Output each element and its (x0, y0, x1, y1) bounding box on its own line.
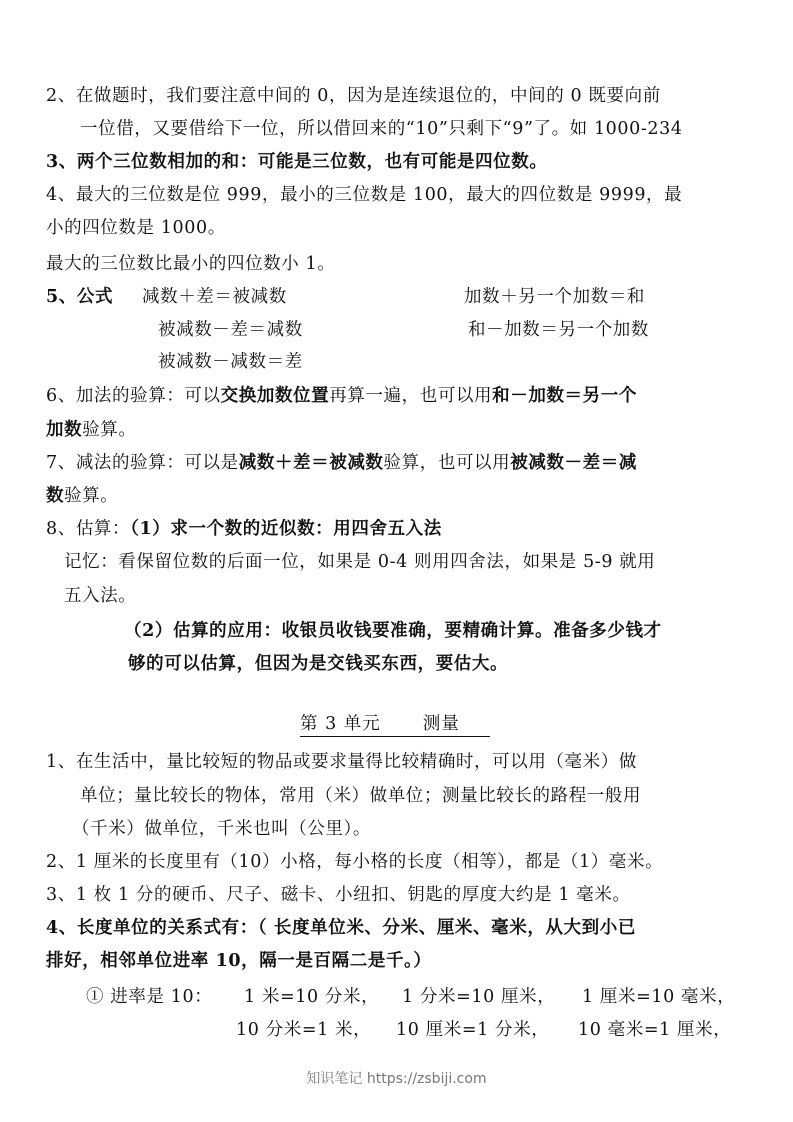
item-8-memo-line-1: 记忆：看保留位数的后面一位，如果是 0-4 则用四舍法，如果是 5-9 就用 (64, 550, 655, 574)
emphasis: 加数 (46, 420, 82, 440)
item-8-app-line-2: 够的可以估算，但因为是交钱买东西，要估大。 (128, 652, 508, 676)
formula-left-1: 减数＋差＝被减数 (142, 285, 287, 309)
item-7-line-2: 数验算。 (46, 484, 118, 508)
text: 再算一遍，也可以用 (329, 386, 492, 406)
text: 验算。 (82, 420, 136, 440)
formula-right-2: 和－加数＝另一个加数 (468, 318, 649, 342)
item-8-app-line-1: （2）估算的应用：收银员收钱要准确，要精确计算。准备多少钱才 (124, 619, 662, 643)
item-4-line-1: 4、最大的三位数是位 999，最小的三位数是 100，最大的四位数是 9999，… (46, 183, 682, 207)
unit3-item-4-line-2: 排好，相邻单位进率 10，隔一是百隔二是千。） (46, 949, 432, 973)
item-4-line-2: 小的四位数是 1000。 (46, 216, 226, 240)
item-3: 3、两个三位数相加的和：可能是三位数，也有可能是四位数。 (46, 150, 547, 174)
footer-watermark: 知识笔记 https://zsbiji.com (0, 1068, 793, 1088)
text: 7、减法的验算：可以是 (46, 453, 239, 473)
emphasis: 数 (46, 486, 64, 506)
emphasis: 交换加数位置 (221, 386, 330, 406)
unit3-item-3: 3、1 枚 1 分的硬币、尺子、磁卡、小纽扣、钥匙的厚度大约是 1 毫米。 (46, 883, 631, 907)
item-6-line-2: 加数验算。 (46, 418, 137, 442)
unit3-item-1-line-2: 单位；量比较长的物体，常用（米）做单位；测量比较长的路程一般用 (80, 784, 641, 808)
unit-label: 第 3 单元 (300, 714, 381, 734)
unit3-item-1-line-3: （千米）做单位，千米也叫（公里）。 (72, 817, 371, 841)
rate-row2-c: 10 毫米=1 厘米， (578, 1018, 731, 1042)
emphasis: （1）求一个数的近似数：用四舍五入法 (130, 519, 442, 539)
text: 验算，也可以用 (384, 453, 511, 473)
item-5-label: 5、公式 (46, 285, 113, 309)
rate-row2-a: 10 分米=1 米， (236, 1018, 371, 1042)
emphasis: 和－加数＝另一个 (492, 386, 637, 406)
text: 验算。 (64, 486, 118, 506)
item-2-line-1: 2、在做题时，我们要注意中间的 0，因为是连续退位的，中间的 0 既要向前 (46, 84, 661, 108)
unit-topic: 测量 (423, 714, 460, 734)
text: 8、估算： (46, 519, 130, 539)
rate-row1-c: 1 厘米=10 毫米， (582, 985, 735, 1009)
rate-row1-a: 1 米=10 分米， (244, 985, 379, 1009)
emphasis: 减数＋差＝被减数 (239, 453, 384, 473)
text: 6、加法的验算：可以 (46, 386, 221, 406)
item-7-line-1: 7、减法的验算：可以是减数＋差＝被减数验算，也可以用被减数－差＝减 (46, 451, 637, 475)
emphasis: 被减数－差＝减 (510, 453, 637, 473)
unit-3-title: 第 3 单元测量 (300, 712, 490, 737)
formula-right-1: 加数＋另一个加数＝和 (464, 285, 645, 309)
item-4-line-3: 最大的三位数比最小的四位数小 1。 (46, 252, 335, 276)
formula-left-3: 被减数－减数＝差 (158, 350, 303, 374)
unit3-item-2: 2、1 厘米的长度里有（10）小格，每小格的长度（相等），都是（1）毫米。 (46, 850, 663, 874)
rate-label: ① 进率是 10： (86, 985, 212, 1009)
formula-left-2: 被减数－差＝减数 (158, 318, 303, 342)
rate-row1-b: 1 分米=10 厘米， (402, 985, 555, 1009)
item-8-line-1: 8、估算：（1）求一个数的近似数：用四舍五入法 (46, 517, 442, 541)
item-2-line-2: 一位借，又要借给下一位，所以借回来的“10”只剩下“9”了。如 1000-234 (80, 117, 683, 141)
unit3-item-4-line-1: 4、长度单位的关系式有：（ 长度单位米、分米、厘米、毫米，从大到小已 (46, 916, 636, 940)
item-8-memo-line-2: 五入法。 (64, 584, 136, 608)
item-6-line-1: 6、加法的验算：可以交换加数位置再算一遍，也可以用和－加数＝另一个 (46, 384, 637, 408)
rate-row2-b: 10 厘米=1 分米， (396, 1018, 549, 1042)
unit3-item-1-line-1: 1、在生活中，量比较短的物品或要求量得比较精确时，可以用（毫米）做 (46, 750, 637, 774)
